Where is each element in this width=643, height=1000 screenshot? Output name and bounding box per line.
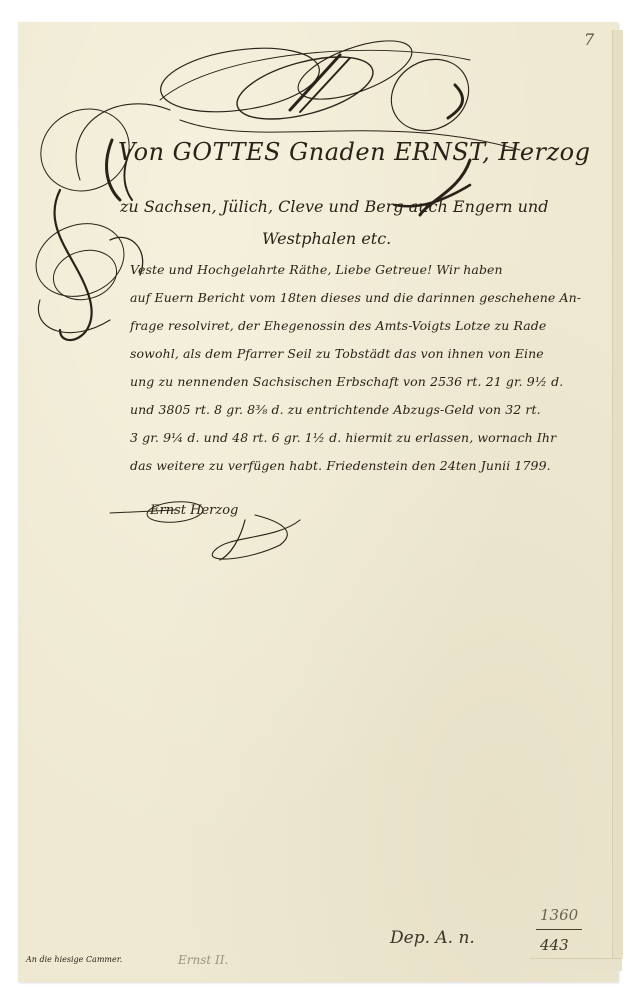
heading-title: Von GOTTES Gnaden ERNST, Herzog	[118, 138, 590, 166]
archive-reference: Dep. A. n.	[390, 928, 475, 948]
archive-number-bottom: 443	[540, 936, 569, 954]
heading-westphalen: Westphalen etc.	[262, 229, 391, 248]
paper-sheet	[18, 22, 618, 982]
body-line: 3 gr. 9¼ d. und 48 rt. 6 gr. 1½ d. hierm…	[130, 430, 556, 445]
folio-number: 7	[584, 30, 594, 49]
archive-number-divider	[536, 929, 582, 930]
body-line: auf Euern Bericht vom 18ten dieses und d…	[130, 290, 581, 305]
body-line: Veste und Hochgelahrte Räthe, Liebe Getr…	[130, 262, 503, 277]
paper-edge	[612, 30, 623, 958]
body-line: ung zu nennenden Sachsischen Erbschaft v…	[130, 374, 563, 389]
archive-number-top: 1360	[540, 906, 578, 924]
addressee-note: An die hiesige Cammer.	[26, 955, 122, 964]
heading-territories: zu Sachsen, Jülich, Cleve und Berg auch …	[120, 197, 548, 216]
body-line: und 3805 rt. 8 gr. 8⅜ d. zu entrichtende…	[130, 402, 541, 417]
body-line: das weitere zu verfügen habt. Friedenste…	[130, 458, 551, 473]
signature: Ernst Herzog	[150, 503, 238, 518]
body-line: frage resolviret, der Ehegenossin des Am…	[130, 318, 546, 333]
pencil-annotation: Ernst II.	[178, 953, 228, 967]
body-line: sowohl, als dem Pfarrer Seil zu Tobstädt…	[130, 346, 544, 361]
paper-bottom-tab	[530, 958, 622, 971]
